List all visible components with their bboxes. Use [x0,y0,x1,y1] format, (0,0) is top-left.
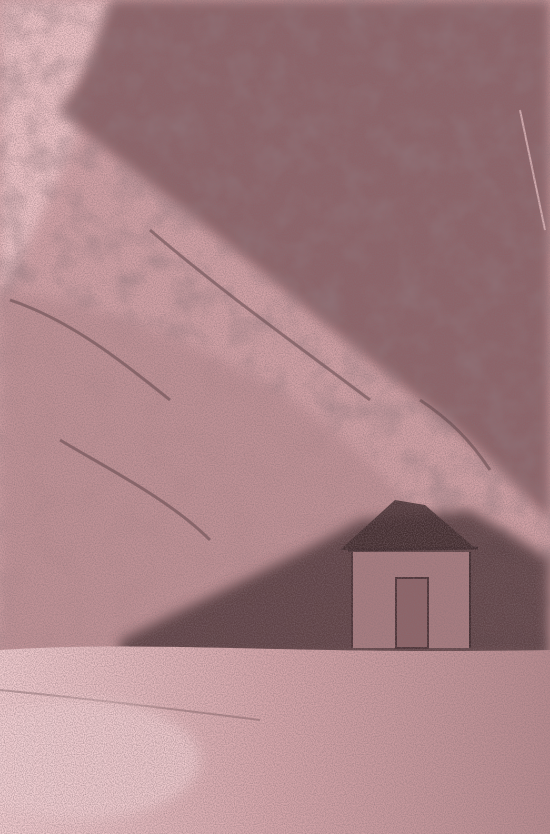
halftone-grain [0,0,550,834]
halftone-photo [0,0,550,834]
landscape-scene [0,0,550,834]
